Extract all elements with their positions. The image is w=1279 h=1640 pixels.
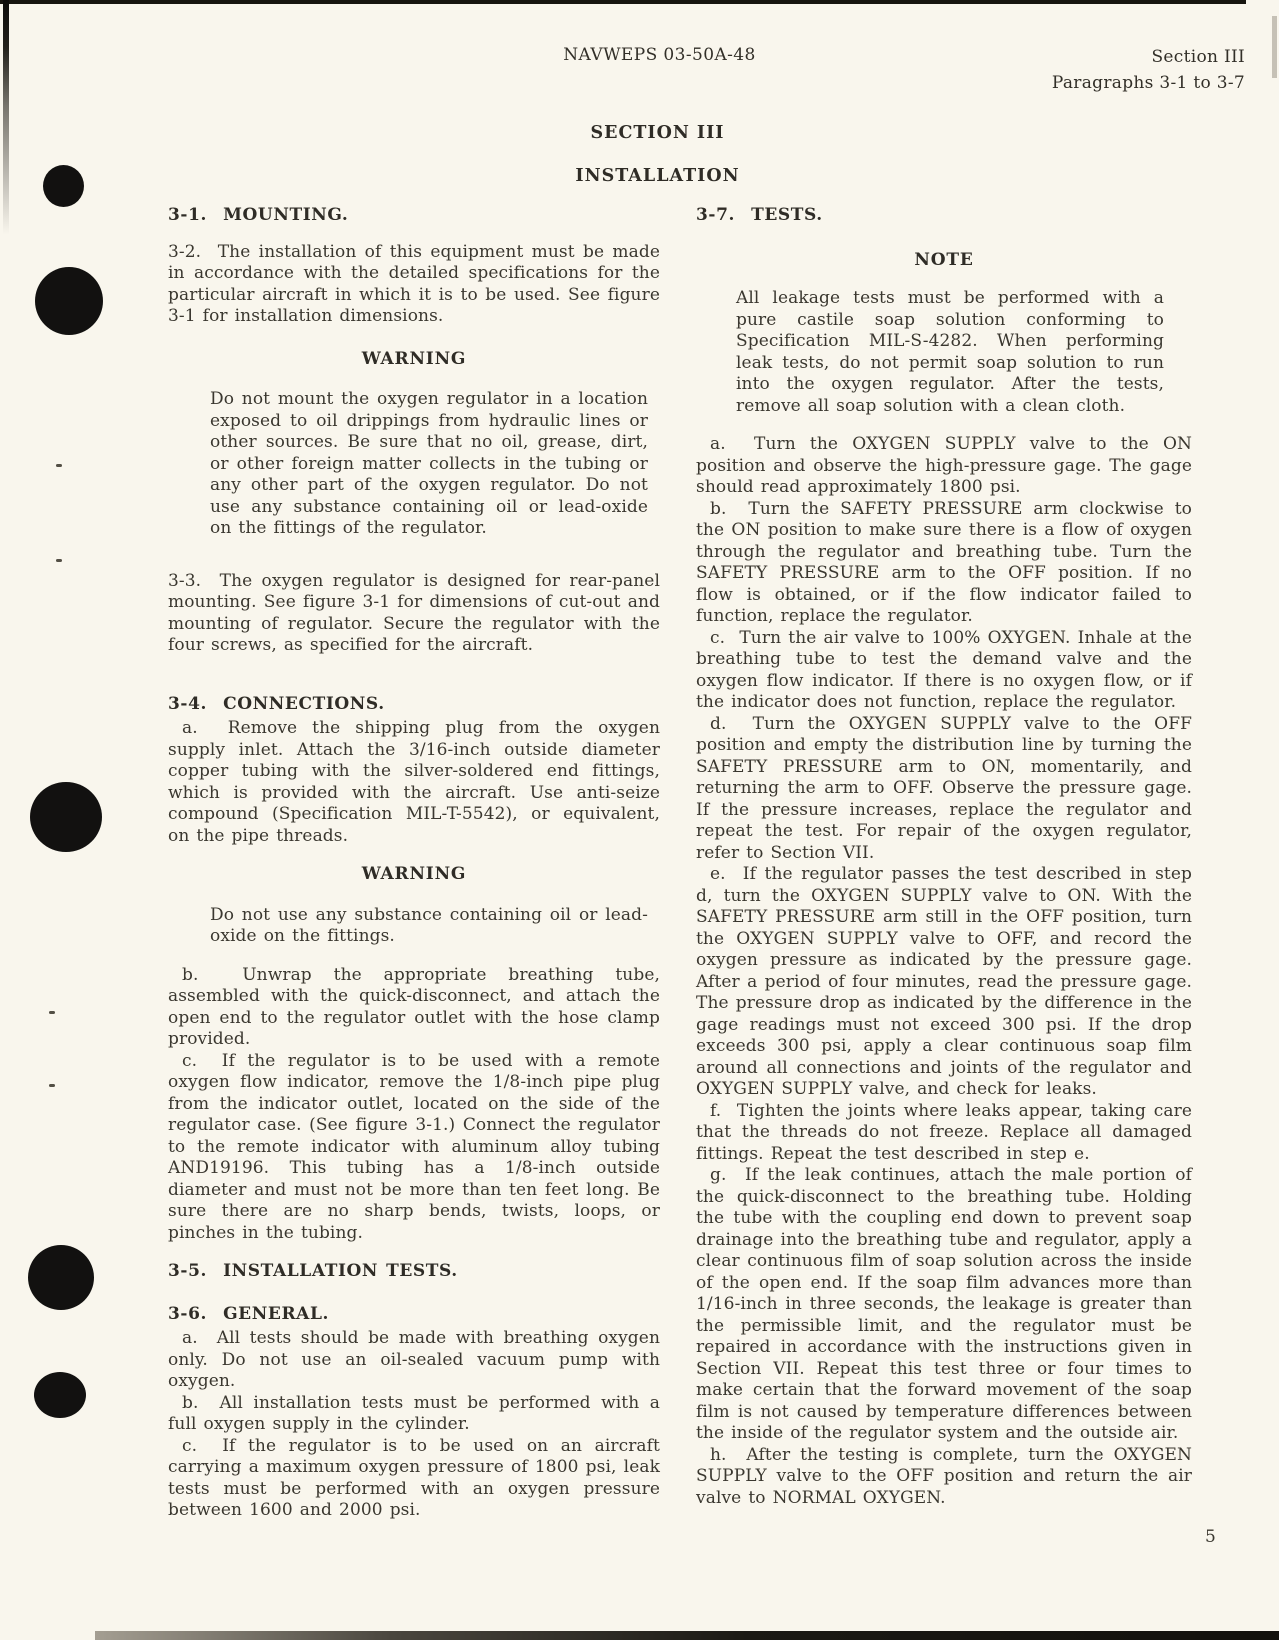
paragraph-3-4-c: c. If the regulator is to be used with a… bbox=[168, 1051, 660, 1245]
hole-punch-mark bbox=[28, 1245, 94, 1310]
warning-body-1: Do not mount the oxygen regulator in a l… bbox=[168, 389, 660, 540]
scan-speck bbox=[49, 1011, 55, 1014]
paragraph-3-3: 3-3. The oxygen regulator is designed fo… bbox=[168, 571, 660, 657]
paragraph-3-4-a: a. Remove the shipping plug from the oxy… bbox=[168, 718, 660, 847]
section-reference: Section III bbox=[1052, 44, 1245, 70]
paragraph-3-7-d: d. Turn the OXYGEN SUPPLY valve to the O… bbox=[696, 714, 1192, 865]
scan-speck bbox=[56, 559, 62, 562]
hole-punch-mark bbox=[35, 267, 103, 335]
heading-3-6-general: 3-6. GENERAL. bbox=[168, 1304, 660, 1326]
scan-edge-left bbox=[3, 0, 9, 235]
heading-3-5-installation-tests: 3-5. INSTALLATION TESTS. bbox=[168, 1261, 660, 1283]
section-subtitle: INSTALLATION bbox=[36, 166, 1279, 186]
heading-3-1-mounting: 3-1. MOUNTING. bbox=[168, 205, 660, 227]
paragraph-3-7-b: b. Turn the SAFETY PRESSURE arm clockwis… bbox=[696, 499, 1192, 628]
right-column: 3-7. TESTS. NOTE All leakage tests must … bbox=[696, 205, 1192, 1509]
scan-speck bbox=[49, 1084, 55, 1087]
paragraph-3-7-h: h. After the testing is complete, turn t… bbox=[696, 1445, 1192, 1510]
paragraph-3-7-f: f. Tighten the joints where leaks appear… bbox=[696, 1101, 1192, 1166]
manual-page: NAVWEPS 03-50A-48 Section III Paragraphs… bbox=[0, 0, 1279, 1640]
paragraph-3-4-b: b. Unwrap the appropriate breathing tube… bbox=[168, 965, 660, 1051]
paragraph-3-6-c: c. If the regulator is to be used on an … bbox=[168, 1436, 660, 1522]
paragraph-3-6-a: a. All tests should be made with breathi… bbox=[168, 1328, 660, 1393]
warning-heading-1: WARNING bbox=[168, 349, 660, 371]
scan-edge-bottom bbox=[95, 1631, 1279, 1640]
paragraph-3-2: 3-2. The installation of this equipment … bbox=[168, 242, 660, 328]
paragraph-3-7-e: e. If the regulator passes the test desc… bbox=[696, 864, 1192, 1101]
left-column: 3-1. MOUNTING. 3-2. The installation of … bbox=[168, 205, 660, 1522]
heading-3-4-connections: 3-4. CONNECTIONS. bbox=[168, 694, 660, 716]
scan-speck bbox=[56, 464, 62, 467]
section-title: SECTION III bbox=[36, 123, 1279, 143]
paragraph-3-6-b: b. All installation tests must be perfor… bbox=[168, 1393, 660, 1436]
hole-punch-mark bbox=[34, 1372, 86, 1418]
paragraph-3-7-g: g. If the leak continues, attach the mal… bbox=[696, 1165, 1192, 1445]
paragraph-3-7-c: c. Turn the air valve to 100% OXYGEN. In… bbox=[696, 628, 1192, 714]
paragraph-3-7-a: a. Turn the OXYGEN SUPPLY valve to the O… bbox=[696, 434, 1192, 499]
heading-3-7-tests: 3-7. TESTS. bbox=[696, 205, 1192, 227]
hole-punch-mark bbox=[30, 782, 102, 852]
note-body: All leakage tests must be performed with… bbox=[696, 288, 1192, 417]
page-number: 5 bbox=[1205, 1527, 1216, 1547]
paragraph-reference: Paragraphs 3-1 to 3-7 bbox=[1052, 70, 1245, 96]
warning-heading-2: WARNING bbox=[168, 864, 660, 886]
note-heading: NOTE bbox=[696, 250, 1192, 272]
scan-edge-top bbox=[0, 0, 1246, 4]
warning-body-2: Do not use any substance containing oil … bbox=[168, 905, 660, 948]
header-reference: Section III Paragraphs 3-1 to 3-7 bbox=[1052, 44, 1245, 96]
